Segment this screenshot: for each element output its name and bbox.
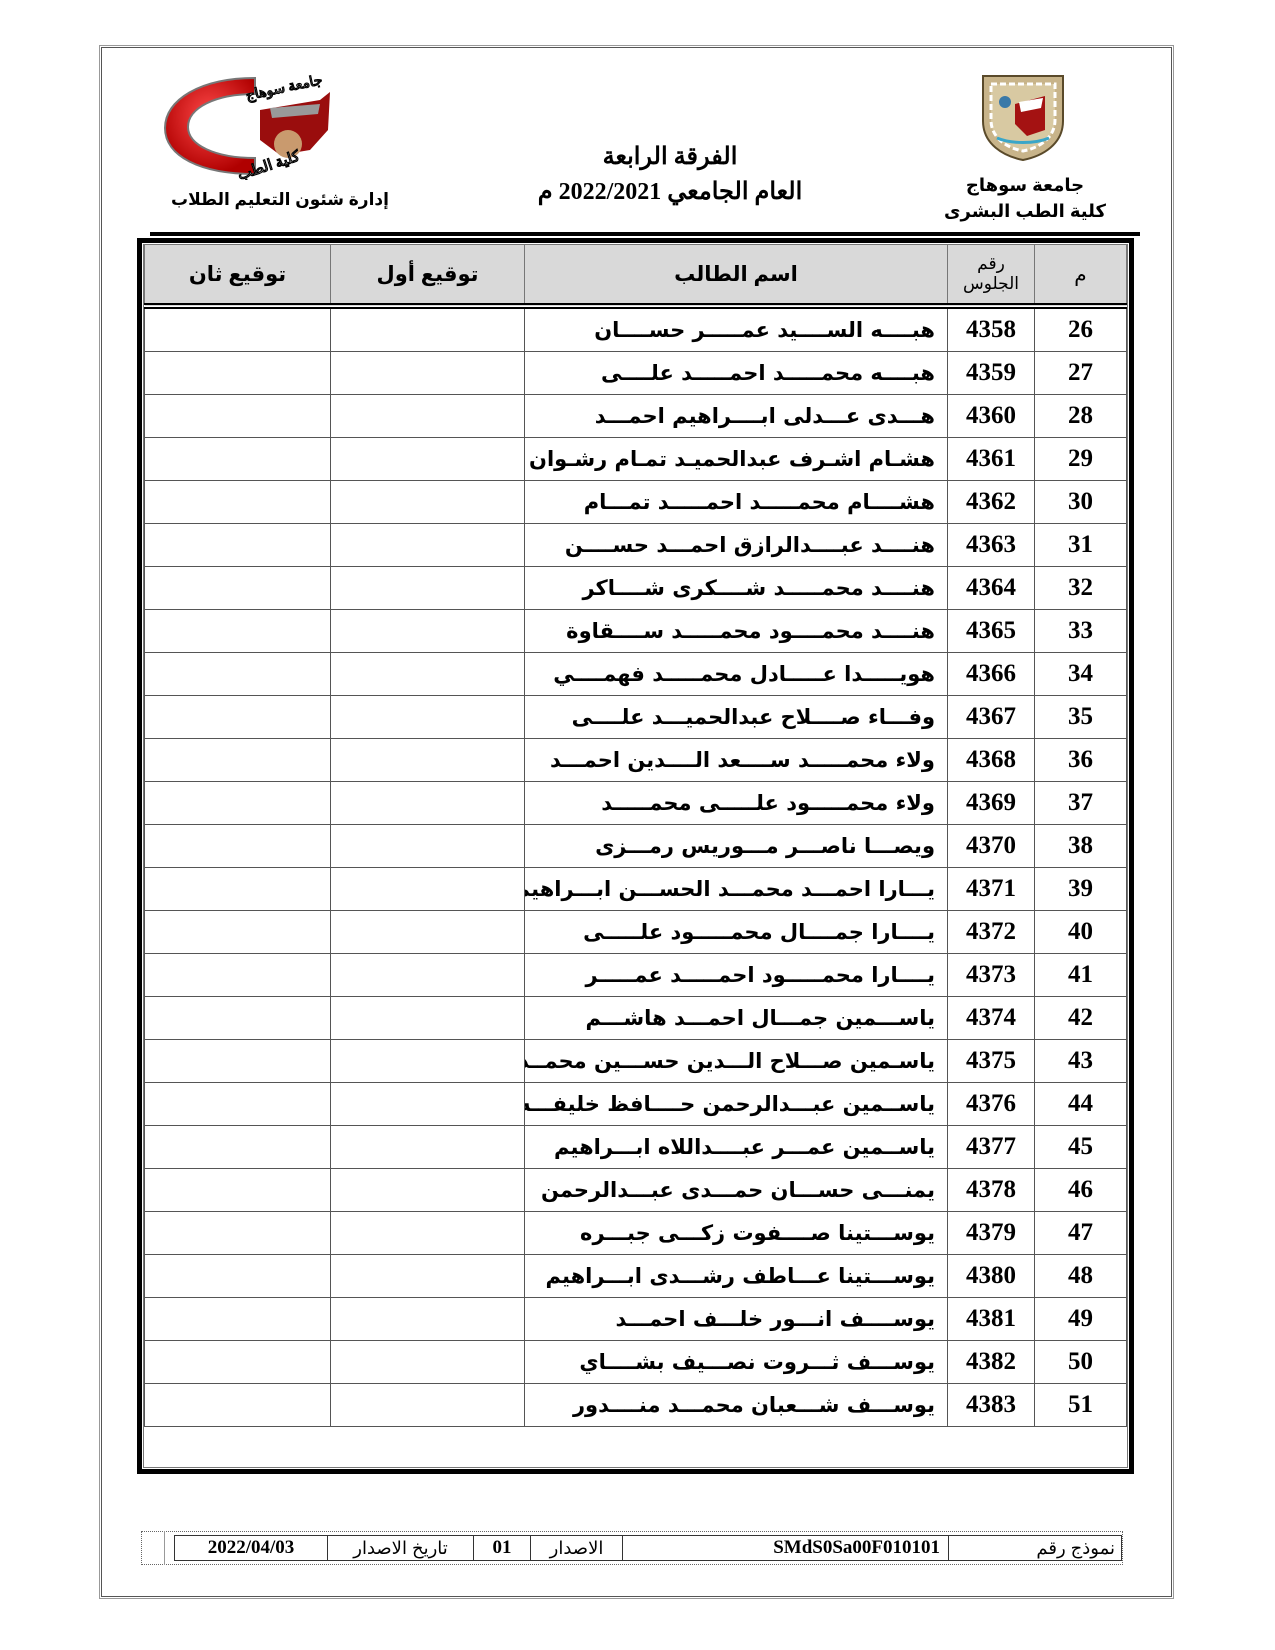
row-index: 40	[1035, 911, 1127, 954]
second-signature-cell[interactable]	[145, 782, 331, 825]
table-row: 504382يوســـف ثـــروت نصـــيف بشــــاي	[145, 1341, 1127, 1384]
seat-number: 4363	[948, 524, 1035, 567]
second-signature-cell[interactable]	[145, 696, 331, 739]
second-signature-cell[interactable]	[145, 610, 331, 653]
student-name: يوســـتينا صــــفوت زكـــى جبـــره	[525, 1212, 948, 1255]
second-signature-cell[interactable]	[145, 481, 331, 524]
seat-number: 4377	[948, 1126, 1035, 1169]
first-signature-cell[interactable]	[331, 395, 525, 438]
header-divider	[150, 232, 1140, 236]
student-name: ولاء محمـــــد ســــعد الــــدين احمـــد	[525, 739, 948, 782]
seat-number: 4358	[948, 306, 1035, 352]
row-index: 42	[1035, 997, 1127, 1040]
student-name: يوســـتينا عـــاطف رشـــدى ابـــراهيم	[525, 1255, 948, 1298]
student-name: يـــارا احمـــد محمـــد الحســـن ابـــرا…	[525, 868, 948, 911]
row-index: 31	[1035, 524, 1127, 567]
table-row: 514383يوســـف شـــعبان محمـــد منــــدور	[145, 1384, 1127, 1427]
first-signature-cell[interactable]	[331, 696, 525, 739]
table-row: 414373يــــارا محمـــــود احمـــــد عمــ…	[145, 954, 1127, 997]
first-signature-cell[interactable]	[331, 1040, 525, 1083]
first-signature-cell[interactable]	[331, 1083, 525, 1126]
first-signature-cell[interactable]	[331, 653, 525, 696]
student-name: هنــــد محمـــــد شــــكرى شــــاكر	[525, 567, 948, 610]
first-signature-cell[interactable]	[331, 739, 525, 782]
form-number-label: نموذج رقم	[949, 1536, 1121, 1560]
second-signature-cell[interactable]	[145, 1384, 331, 1427]
first-signature-cell[interactable]	[331, 1384, 525, 1427]
seat-number: 4370	[948, 825, 1035, 868]
table-row: 494381يوســــف انـــور خلـــف احمـــد	[145, 1298, 1127, 1341]
second-signature-cell[interactable]	[145, 1255, 331, 1298]
first-signature-cell[interactable]	[331, 352, 525, 395]
page-title: الفرقة الرابعة العام الجامعي 2022/2021 م	[480, 140, 860, 210]
seat-number: 4372	[948, 911, 1035, 954]
first-signature-cell[interactable]	[331, 567, 525, 610]
table-row: 384370ويصـــا ناصـــر مـــوريس رمـــزى	[145, 825, 1127, 868]
table-row: 354367وفـــاء صــــلاح عبدالحميـــد علــ…	[145, 696, 1127, 739]
first-signature-cell[interactable]	[331, 1341, 525, 1384]
column-header-first-signature: توقيع أول	[331, 245, 525, 306]
second-signature-cell[interactable]	[145, 567, 331, 610]
academic-year-title: العام الجامعي 2022/2021 م	[480, 175, 860, 210]
student-name: هشــــام محمـــــد احمـــــد تمـــام	[525, 481, 948, 524]
seat-number: 4376	[948, 1083, 1035, 1126]
student-name: يــــارا جمــــال محمـــــود علـــــى	[525, 911, 948, 954]
row-index: 26	[1035, 306, 1127, 352]
row-index: 38	[1035, 825, 1127, 868]
form-number-value: SMdS0Sa00F010101	[623, 1536, 949, 1560]
seat-number: 4379	[948, 1212, 1035, 1255]
table-row: 264358هبــــه الســــيد عمـــــر حســــا…	[145, 306, 1127, 352]
first-signature-cell[interactable]	[331, 1212, 525, 1255]
column-header-student-name: اسم الطالب	[525, 245, 948, 306]
seat-number: 4364	[948, 567, 1035, 610]
row-index: 33	[1035, 610, 1127, 653]
first-signature-cell[interactable]	[331, 524, 525, 567]
first-signature-cell[interactable]	[331, 610, 525, 653]
row-index: 45	[1035, 1126, 1127, 1169]
student-name: يــــارا محمـــــود احمـــــد عمـــــر	[525, 954, 948, 997]
row-index: 48	[1035, 1255, 1127, 1298]
student-name: يمنـــى حســـان حمـــدى عبـــدالرحمن	[525, 1169, 948, 1212]
student-name: هبــــه الســــيد عمـــــر حســــان	[525, 306, 948, 352]
university-name: جامعة سوهاج	[930, 172, 1120, 198]
footer-info-box: 2022/04/03 تاريخ الاصدار 01 الاصدار SMdS…	[174, 1535, 1122, 1561]
footer-lead-cell	[141, 1531, 165, 1565]
column-header-second-signature: توقيع ثان	[145, 245, 331, 306]
second-signature-cell[interactable]	[145, 997, 331, 1040]
second-signature-cell[interactable]	[145, 911, 331, 954]
seat-number: 4367	[948, 696, 1035, 739]
student-name: ياسـمين صـــلاح الـــدين حســـين محمــد	[525, 1040, 948, 1083]
first-signature-cell[interactable]	[331, 481, 525, 524]
student-name: ياســمين عبـــدالرحمن حــــافظ خليفـــه	[525, 1083, 948, 1126]
first-signature-cell[interactable]	[331, 868, 525, 911]
row-index: 29	[1035, 438, 1127, 481]
seat-number: 4378	[948, 1169, 1035, 1212]
second-signature-cell[interactable]	[145, 653, 331, 696]
student-name: هنــــد محمــــود محمـــــد ســــقاوة	[525, 610, 948, 653]
second-signature-cell[interactable]	[145, 1083, 331, 1126]
student-name: وفـــاء صــــلاح عبدالحميـــد علــــى	[525, 696, 948, 739]
class-year-title: الفرقة الرابعة	[480, 140, 860, 175]
row-index: 44	[1035, 1083, 1127, 1126]
student-name: هشـام اشـرف عبدالحميـد تمـام رشـوان	[525, 438, 948, 481]
student-name: يوســــف انـــور خلـــف احمـــد	[525, 1298, 948, 1341]
row-index: 30	[1035, 481, 1127, 524]
table-row: 344366هويـــــدا عـــــادل محمـــــد فهم…	[145, 653, 1127, 696]
seat-number: 4373	[948, 954, 1035, 997]
row-index: 27	[1035, 352, 1127, 395]
second-signature-cell[interactable]	[145, 1212, 331, 1255]
first-signature-cell[interactable]	[331, 782, 525, 825]
table-row: 454377ياســمين عمـــر عبــــداللاه ابـــ…	[145, 1126, 1127, 1169]
seat-number: 4359	[948, 352, 1035, 395]
table-row: 274359هبــــه محمـــــد احمـــــد علــــ…	[145, 352, 1127, 395]
row-index: 46	[1035, 1169, 1127, 1212]
row-index: 49	[1035, 1298, 1127, 1341]
row-index: 39	[1035, 868, 1127, 911]
issue-date-value: 2022/04/03	[175, 1536, 328, 1560]
table-row: 374369ولاء محمـــــود علـــــى محمـــــد	[145, 782, 1127, 825]
second-signature-cell[interactable]	[145, 438, 331, 481]
seat-header-line2: الجلوس	[948, 274, 1034, 294]
second-signature-cell[interactable]	[145, 306, 331, 352]
row-index: 43	[1035, 1040, 1127, 1083]
row-index: 34	[1035, 653, 1127, 696]
row-index: 51	[1035, 1384, 1127, 1427]
sohag-university-crest-icon	[975, 66, 1071, 162]
first-signature-cell[interactable]	[331, 438, 525, 481]
second-signature-cell[interactable]	[145, 868, 331, 911]
table-header-row: م رقم الجلوس اسم الطالب توقيع أول توقيع …	[145, 245, 1127, 306]
table-row: 324364هنــــد محمـــــد شــــكرى شــــاك…	[145, 567, 1127, 610]
seat-number: 4381	[948, 1298, 1035, 1341]
student-name: ويصـــا ناصـــر مـــوريس رمـــزى	[525, 825, 948, 868]
table-row: 314363هنــــد عبــــدالرازق احمـــد حســ…	[145, 524, 1127, 567]
student-name: يوســـف ثـــروت نصـــيف بشــــاي	[525, 1341, 948, 1384]
seat-number: 4380	[948, 1255, 1035, 1298]
row-index: 41	[1035, 954, 1127, 997]
row-index: 32	[1035, 567, 1127, 610]
faculty-of-medicine-logo-icon: جامعة سوهاج كلية الطب	[160, 70, 350, 180]
seat-number: 4362	[948, 481, 1035, 524]
first-signature-cell[interactable]	[331, 954, 525, 997]
student-roster-table: م رقم الجلوس اسم الطالب توقيع أول توقيع …	[137, 238, 1134, 1474]
second-signature-cell[interactable]	[145, 1341, 331, 1384]
table-row: 394371يـــارا احمـــد محمـــد الحســـن ا…	[145, 868, 1127, 911]
table-row: 484380يوســـتينا عـــاطف رشـــدى ابـــرا…	[145, 1255, 1127, 1298]
table-row: 424374ياســـمين جمـــال احمـــد هاشـــم	[145, 997, 1127, 1040]
second-signature-cell[interactable]	[145, 1040, 331, 1083]
issue-number-value: 01	[474, 1536, 531, 1560]
first-signature-cell[interactable]	[331, 911, 525, 954]
second-signature-cell[interactable]	[145, 1126, 331, 1169]
issue-label: الاصدار	[531, 1536, 623, 1560]
table-row: 284360هـــدى عـــدلى ابــــراهيم احمـــد	[145, 395, 1127, 438]
second-signature-cell[interactable]	[145, 1298, 331, 1341]
column-header-index: م	[1035, 245, 1127, 306]
first-signature-cell[interactable]	[331, 997, 525, 1040]
second-signature-cell[interactable]	[145, 1169, 331, 1212]
row-index: 50	[1035, 1341, 1127, 1384]
student-name: ولاء محمـــــود علـــــى محمـــــد	[525, 782, 948, 825]
student-name: هبــــه محمـــــد احمـــــد علــــى	[525, 352, 948, 395]
student-name: يوســـف شـــعبان محمـــد منــــدور	[525, 1384, 948, 1427]
issue-date-label: تاريخ الاصدار	[328, 1536, 474, 1560]
second-signature-cell[interactable]	[145, 352, 331, 395]
student-name: هويـــــدا عـــــادل محمـــــد فهمــــي	[525, 653, 948, 696]
seat-number: 4371	[948, 868, 1035, 911]
row-index: 35	[1035, 696, 1127, 739]
student-name: هنــــد عبــــدالرازق احمـــد حســــن	[525, 524, 948, 567]
table-row: 364368ولاء محمـــــد ســــعد الــــدين ا…	[145, 739, 1127, 782]
seat-number: 4369	[948, 782, 1035, 825]
row-index: 47	[1035, 1212, 1127, 1255]
first-signature-cell[interactable]	[331, 1169, 525, 1212]
table-row: 334365هنــــد محمــــود محمـــــد ســــق…	[145, 610, 1127, 653]
second-signature-cell[interactable]	[145, 739, 331, 782]
seat-header-line1: رقم	[948, 254, 1034, 274]
row-index: 36	[1035, 739, 1127, 782]
table-row: 434375ياسـمين صـــلاح الـــدين حســـين م…	[145, 1040, 1127, 1083]
table-row: 474379يوســـتينا صــــفوت زكـــى جبـــره	[145, 1212, 1127, 1255]
row-index: 37	[1035, 782, 1127, 825]
first-signature-cell[interactable]	[331, 825, 525, 868]
second-signature-cell[interactable]	[145, 524, 331, 567]
column-header-seat-number: رقم الجلوس	[948, 245, 1035, 306]
seat-number: 4361	[948, 438, 1035, 481]
second-signature-cell[interactable]	[145, 825, 331, 868]
student-name: ياســـمين جمـــال احمـــد هاشـــم	[525, 997, 948, 1040]
second-signature-cell[interactable]	[145, 954, 331, 997]
seat-number: 4382	[948, 1341, 1035, 1384]
row-index: 28	[1035, 395, 1127, 438]
table-row: 464378يمنـــى حســـان حمـــدى عبـــدالرح…	[145, 1169, 1127, 1212]
table-row: 404372يــــارا جمــــال محمـــــود علـــ…	[145, 911, 1127, 954]
first-signature-cell[interactable]	[331, 1126, 525, 1169]
student-name: هـــدى عـــدلى ابــــراهيم احمـــد	[525, 395, 948, 438]
faculty-name: كلية الطب البشرى	[930, 198, 1120, 224]
seat-number: 4368	[948, 739, 1035, 782]
department-name: إدارة شئون التعليم الطلاب	[170, 190, 390, 210]
seat-number: 4365	[948, 610, 1035, 653]
first-signature-cell[interactable]	[331, 1255, 525, 1298]
second-signature-cell[interactable]	[145, 395, 331, 438]
table-row: 294361هشـام اشـرف عبدالحميـد تمـام رشـوا…	[145, 438, 1127, 481]
first-signature-cell[interactable]	[331, 1298, 525, 1341]
seat-number: 4375	[948, 1040, 1035, 1083]
seat-number: 4366	[948, 653, 1035, 696]
table-row: 304362هشــــام محمـــــد احمـــــد تمـــ…	[145, 481, 1127, 524]
student-name: ياســمين عمـــر عبــــداللاه ابـــراهيم	[525, 1126, 948, 1169]
seat-number: 4360	[948, 395, 1035, 438]
table-row: 444376ياســمين عبـــدالرحمن حــــافظ خلي…	[145, 1083, 1127, 1126]
university-info: جامعة سوهاج كلية الطب البشرى	[930, 172, 1120, 224]
seat-number: 4383	[948, 1384, 1035, 1427]
first-signature-cell[interactable]	[331, 306, 525, 352]
seat-number: 4374	[948, 997, 1035, 1040]
